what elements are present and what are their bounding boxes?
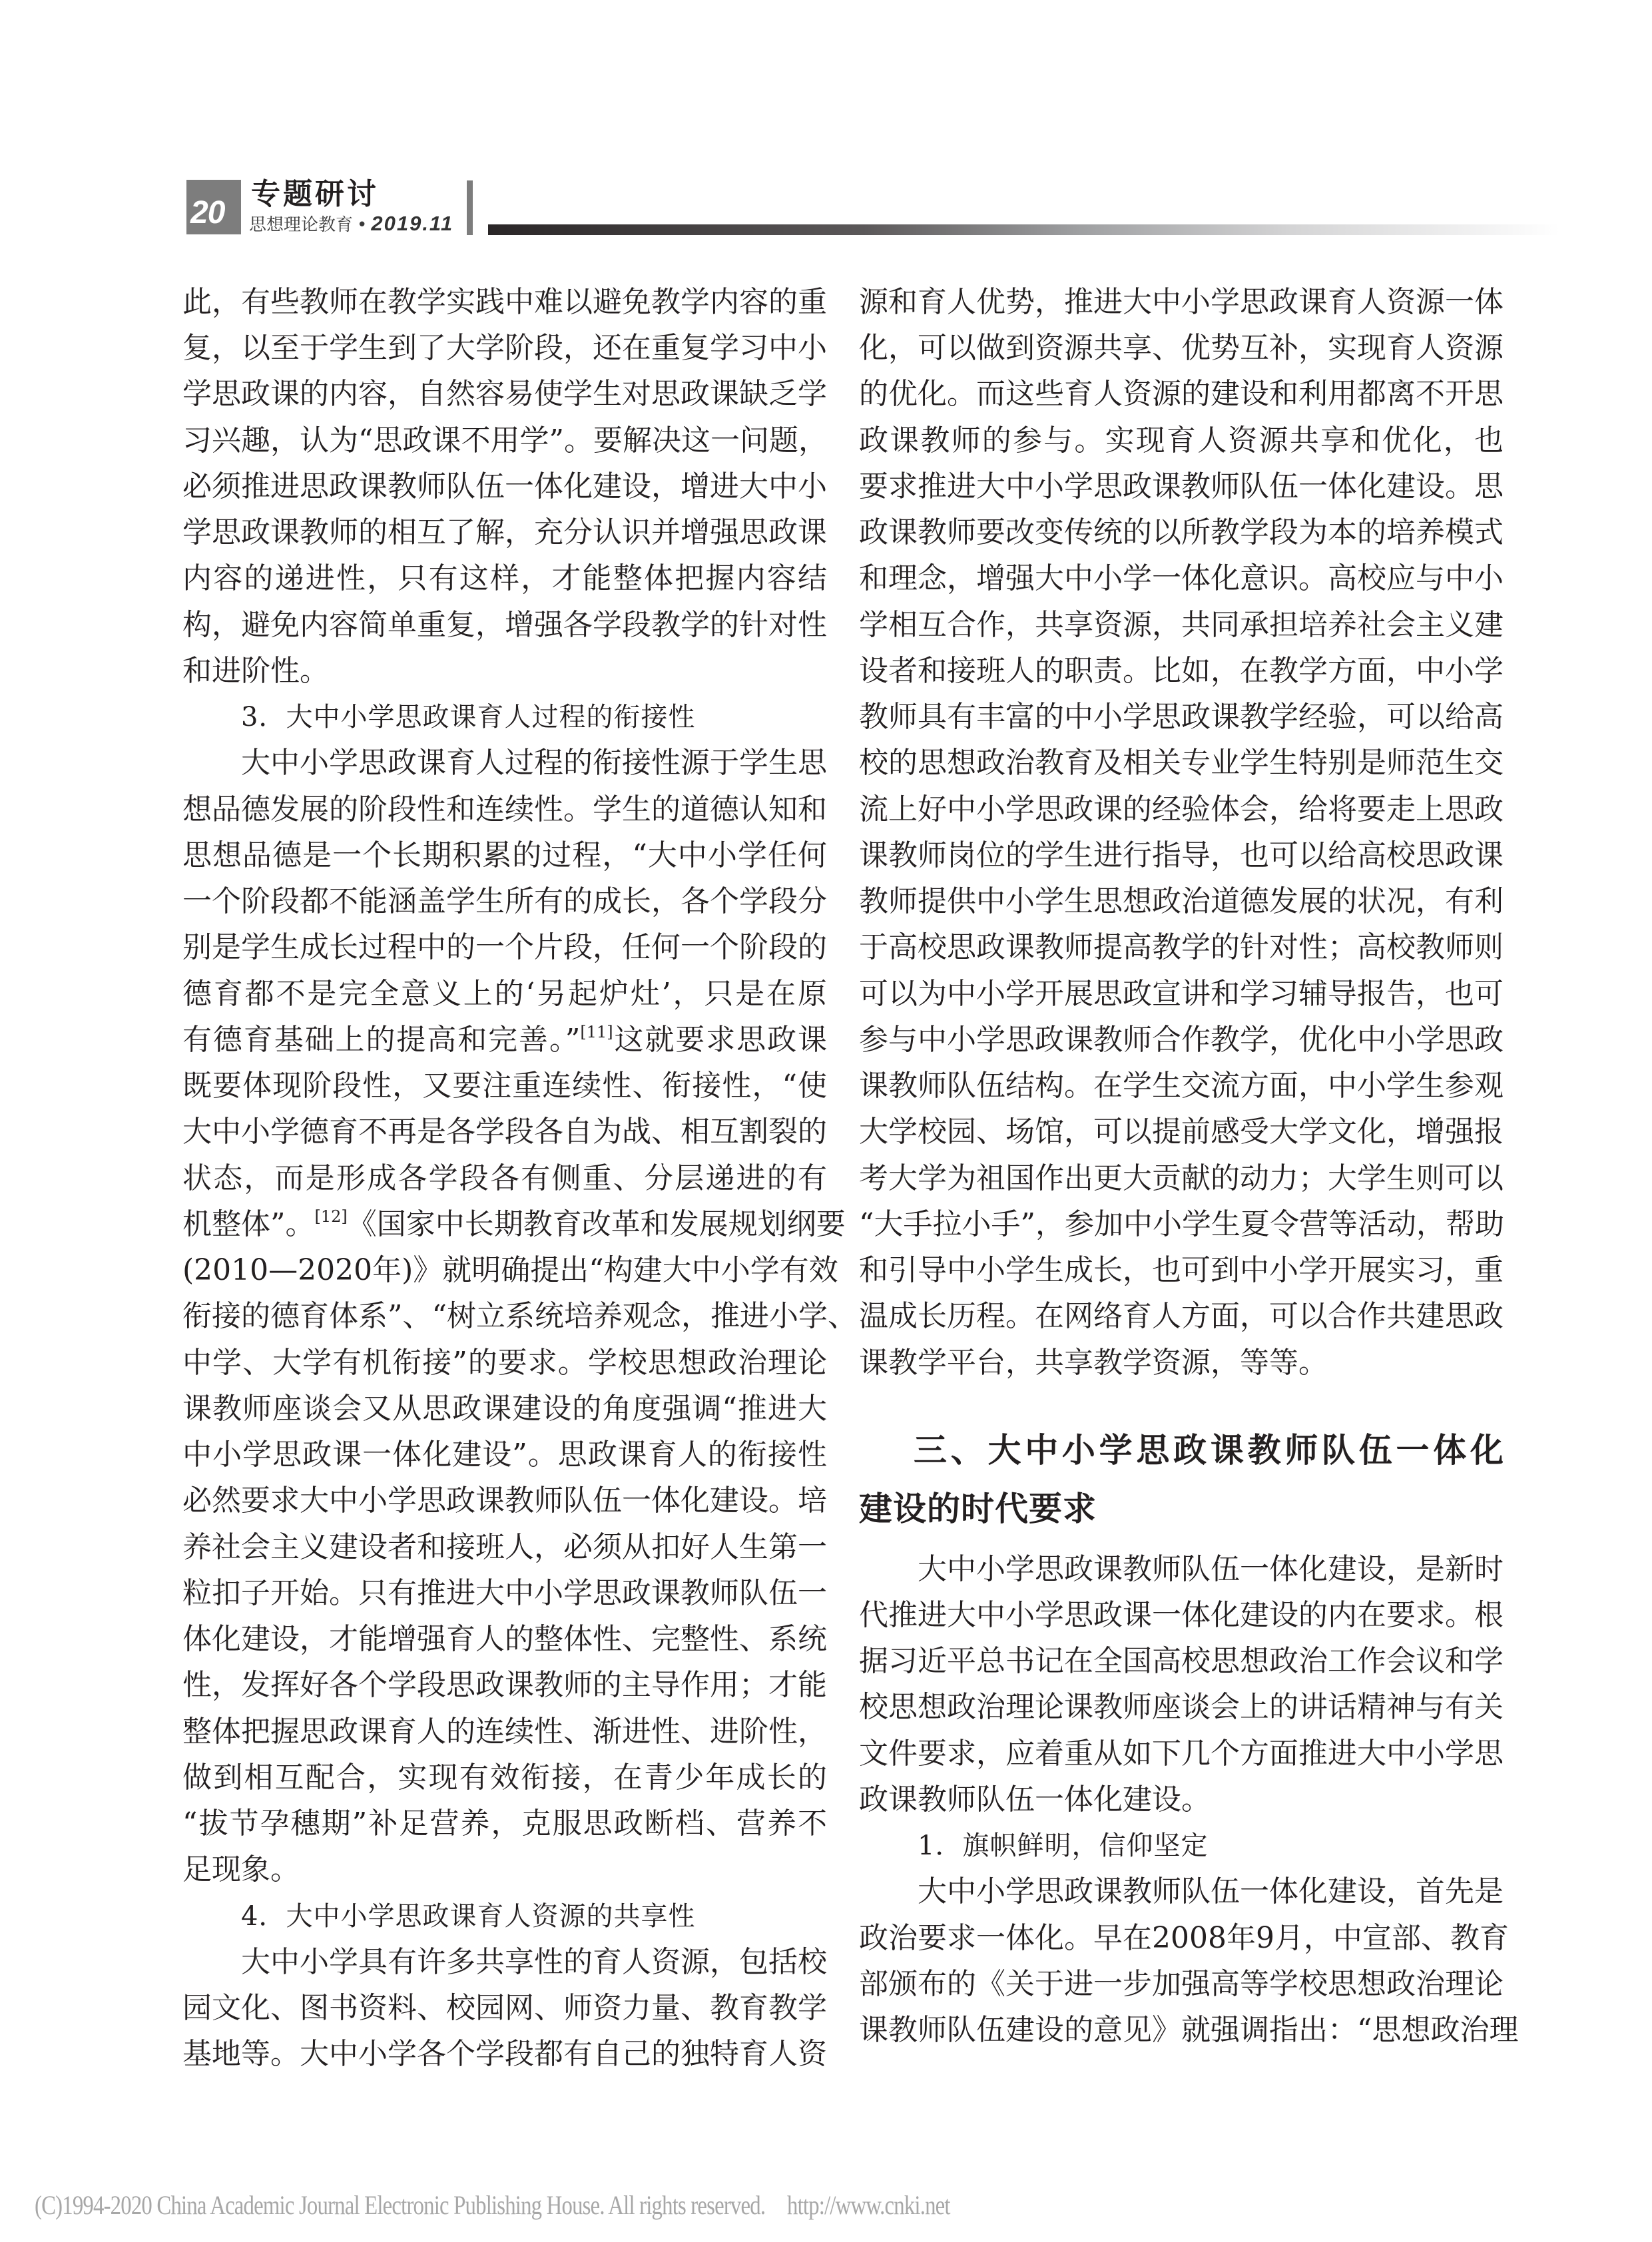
text-line-with-citation: 有德育基础上的提高和完善。”[11]这就要求思政课: [182, 1023, 827, 1057]
text-line: 温成长历程。在网络育人方面，可以合作共建思政: [859, 1299, 1504, 1334]
text-line: “拔节孕穗期”补足营养，克服思政断档、营养不: [182, 1807, 827, 1841]
text-line: 源和育人优势，推进大中小学思政课育人资源一体: [859, 285, 1504, 320]
text-line: 整体把握思政课育人的连续性、渐进性、进阶性，: [182, 1715, 827, 1749]
text-line: 内容的递进性，只有这样，才能整体把握内容结: [182, 561, 827, 596]
section-title: 专题研讨: [251, 177, 379, 212]
subheading: 3．大中小学思政课育人过程的衔接性: [182, 700, 827, 734]
text-line: 必须推进思政课教师队伍一体化建设，增进大中小: [182, 469, 827, 504]
text-line: 必然要求大中小学思政课教师队伍一体化建设。培: [182, 1484, 827, 1518]
text-segment: 这就要求思政课: [613, 1023, 827, 1057]
text-line: 据习近平总书记在全国高校思想政治工作会议和学: [859, 1644, 1504, 1679]
text-line: 想品德发展的阶段性和连续性。学生的道德认知和: [182, 792, 827, 827]
paragraph-last-line: 足现象。: [182, 1852, 827, 1887]
text-line: 教师具有丰富的中小学思政课教学经验，可以给高: [859, 700, 1504, 734]
text-line: 习兴趣，认为“思政课不用学”。要解决这一问题，: [182, 423, 827, 458]
paragraph-first-line: 大中小学思政课教师队伍一体化建设，是新时: [859, 1552, 1504, 1587]
text-line: 既要体现阶段性，又要注重连续性、衔接性，“使: [182, 1069, 827, 1103]
text-line: 校思想政治理论课教师座谈会上的讲话精神与有关: [859, 1690, 1504, 1725]
header-divider: [467, 180, 473, 235]
text-line: 状态，而是形成各学段各有侧重、分层递进的有: [182, 1161, 827, 1196]
footer-url: http://www.cnki.net: [787, 2190, 950, 2220]
text-line: 的优化。而这些育人资源的建设和利用都离不开思: [859, 377, 1504, 412]
copyright-footer: (C)1994-2020 China Academic Journal Elec…: [35, 2189, 950, 2221]
text-line: “大手拉小手”，参加中小学生夏令营等活动，帮助: [859, 1207, 1504, 1242]
text-line: 和引导中小学生成长，也可到中小学开展实习，重: [859, 1253, 1504, 1288]
text-line: 教师提供中小学生思想政治道德发展的状况，有利: [859, 884, 1504, 919]
text-line: 课教师队伍建设的意见》就强调指出：“思想政治理: [859, 2013, 1504, 2048]
paragraph-first-line: 大中小学思政课教师队伍一体化建设，首先是: [859, 1874, 1504, 1909]
text-line: 此，有些教师在教学实践中难以避免教学内容的重: [182, 285, 827, 320]
text-line: 政治要求一体化。早在2008年9月，中宣部、教育: [859, 1921, 1504, 1956]
text-line: 课教师队伍结构。在学生交流方面，中小学生参观: [859, 1069, 1504, 1103]
paragraph-last-line: 课教学平台，共享教学资源，等等。: [859, 1346, 1504, 1380]
issue-number: 2019.11: [371, 212, 453, 235]
text-line: 德育都不是完全意义上的‘另起炉灶’，只是在原: [182, 977, 827, 1011]
text-line: 化，可以做到资源共享、优势互补，实现育人资源: [859, 331, 1504, 366]
copyright-text: (C)1994-2020 China Academic Journal Elec…: [35, 2190, 765, 2220]
journal-name: 思想理论教育: [249, 215, 353, 235]
text-line: 复，以至于学生到了大学阶段，还在重复学习中小: [182, 331, 827, 366]
text-line: 课教师岗位的学生进行指导，也可以给高校思政课: [859, 838, 1504, 873]
text-line: 别是学生成长过程中的一个片段，任何一个阶段的: [182, 930, 827, 965]
text-line: 养社会主义建设者和接班人，必须从扣好人生第一: [182, 1530, 827, 1565]
text-segment: 有德育基础上的提高和完善。”: [182, 1023, 580, 1057]
page-number: 20: [190, 194, 241, 232]
text-line: 政课教师的参与。实现育人资源共享和优化，也: [859, 423, 1504, 458]
text-segment: 《国家中长期教育改革和发展规划纲要: [348, 1207, 846, 1241]
paragraph-last-line: 和进阶性。: [182, 654, 827, 689]
section-heading-line-1: 三、大中小学思政课教师队伍一体化: [914, 1430, 1504, 1470]
text-line: 课教师座谈会又从思政课建设的角度强调“推进大: [182, 1392, 827, 1426]
paragraph-first-line: 大中小学思政课育人过程的衔接性源于学生思: [182, 746, 827, 780]
text-line: 构，避免内容简单重复，增强各学段教学的针对性: [182, 608, 827, 643]
text-line: 学思政课的内容，自然容易使学生对思政课缺乏学: [182, 377, 827, 412]
text-line: 参与中小学思政课教师合作教学，优化中小学思政: [859, 1023, 1504, 1057]
header-gradient-bar: [488, 224, 1560, 235]
text-line: 校的思想政治教育及相关专业学生特别是师范生交: [859, 746, 1504, 780]
section-heading-line-2: 建设的时代要求: [859, 1489, 1097, 1529]
text-segment: 机整体”。: [182, 1207, 315, 1241]
text-line: 园文化、图书资料、校园网、师资力量、教育教学: [182, 1991, 827, 2026]
text-line: 政课教师要改变传统的以所教学段为本的培养模式: [859, 515, 1504, 550]
text-line: 代推进大中小学思政课一体化建设的内在要求。根: [859, 1598, 1504, 1633]
text-line: 设者和接班人的职责。比如，在教学方面，中小学: [859, 654, 1504, 689]
paragraph-first-line: 大中小学具有许多共享性的育人资源，包括校: [182, 1945, 827, 1980]
separator-dot: •: [357, 215, 367, 235]
text-line: 衔接的德育体系”、“树立系统培养观念，推进小学、: [182, 1299, 827, 1334]
text-line: 做到相互配合，实现有效衔接，在青少年成长的: [182, 1761, 827, 1795]
text-line: 流上好中小学思政课的经验体会，给将要走上思政: [859, 792, 1504, 827]
citation-superscript: [12]: [315, 1207, 348, 1226]
paragraph-last-line: 政课教师队伍一体化建设。: [859, 1783, 1504, 1817]
subheading: 4．大中小学思政课育人资源的共享性: [182, 1899, 827, 1934]
text-line: 和理念，增强大中小学一体化意识。高校应与中小: [859, 561, 1504, 596]
text-line: 要求推进大中小学思政课教师队伍一体化建设。思: [859, 469, 1504, 504]
text-line: 一个阶段都不能涵盖学生所有的成长，各个学段分: [182, 884, 827, 919]
text-line-with-citation: 机整体”。[12]《国家中长期教育改革和发展规划纲要: [182, 1207, 827, 1242]
subheading: 1．旗帜鲜明，信仰坚定: [859, 1828, 1504, 1863]
text-line: 体化建设，才能增强育人的整体性、完整性、系统: [182, 1622, 827, 1657]
text-line: 学相互合作，共享资源，共同承担培养社会主义建: [859, 608, 1504, 643]
text-line: 大学校园、场馆，可以提前感受大学文化，增强报: [859, 1115, 1504, 1149]
page-header: 20 专题研讨 思想理论教育•2019.11: [0, 0, 1652, 253]
text-line: 部颁布的《关于进一步加强高等学校思想政治理论: [859, 1967, 1504, 2002]
text-line: 于高校思政课教师提高教学的针对性；高校教师则: [859, 930, 1504, 965]
text-line: 粒扣子开始。只有推进大中小学思政课教师队伍一: [182, 1576, 827, 1611]
text-line: 大中小学德育不再是各学段各自为战、相互割裂的: [182, 1115, 827, 1149]
citation-superscript: [11]: [580, 1023, 613, 1041]
text-line: 思想品德是一个长期积累的过程，“大中小学任何: [182, 838, 827, 873]
text-line: (2010—2020年)》就明确提出“构建大中小学有效: [182, 1253, 827, 1288]
text-line: 学思政课教师的相互了解，充分认识并增强思政课: [182, 515, 827, 550]
text-line: 考大学为祖国作出更大贡献的动力；大学生则可以: [859, 1161, 1504, 1196]
text-line: 基地等。大中小学各个学段都有自己的独特育人资: [182, 2037, 827, 2072]
text-line: 文件要求，应着重从如下几个方面推进大中小学思: [859, 1737, 1504, 1771]
journal-info: 思想理论教育•2019.11: [249, 212, 453, 236]
text-line: 性，发挥好各个学段思政课教师的主导作用；才能: [182, 1668, 827, 1703]
text-line: 中小学思政课一体化建设”。思政课育人的衔接性: [182, 1438, 827, 1472]
text-line: 中学、大学有机衔接”的要求。学校思想政治理论: [182, 1346, 827, 1380]
text-line: 可以为中小学开展思政宣讲和学习辅导报告，也可: [859, 977, 1504, 1011]
